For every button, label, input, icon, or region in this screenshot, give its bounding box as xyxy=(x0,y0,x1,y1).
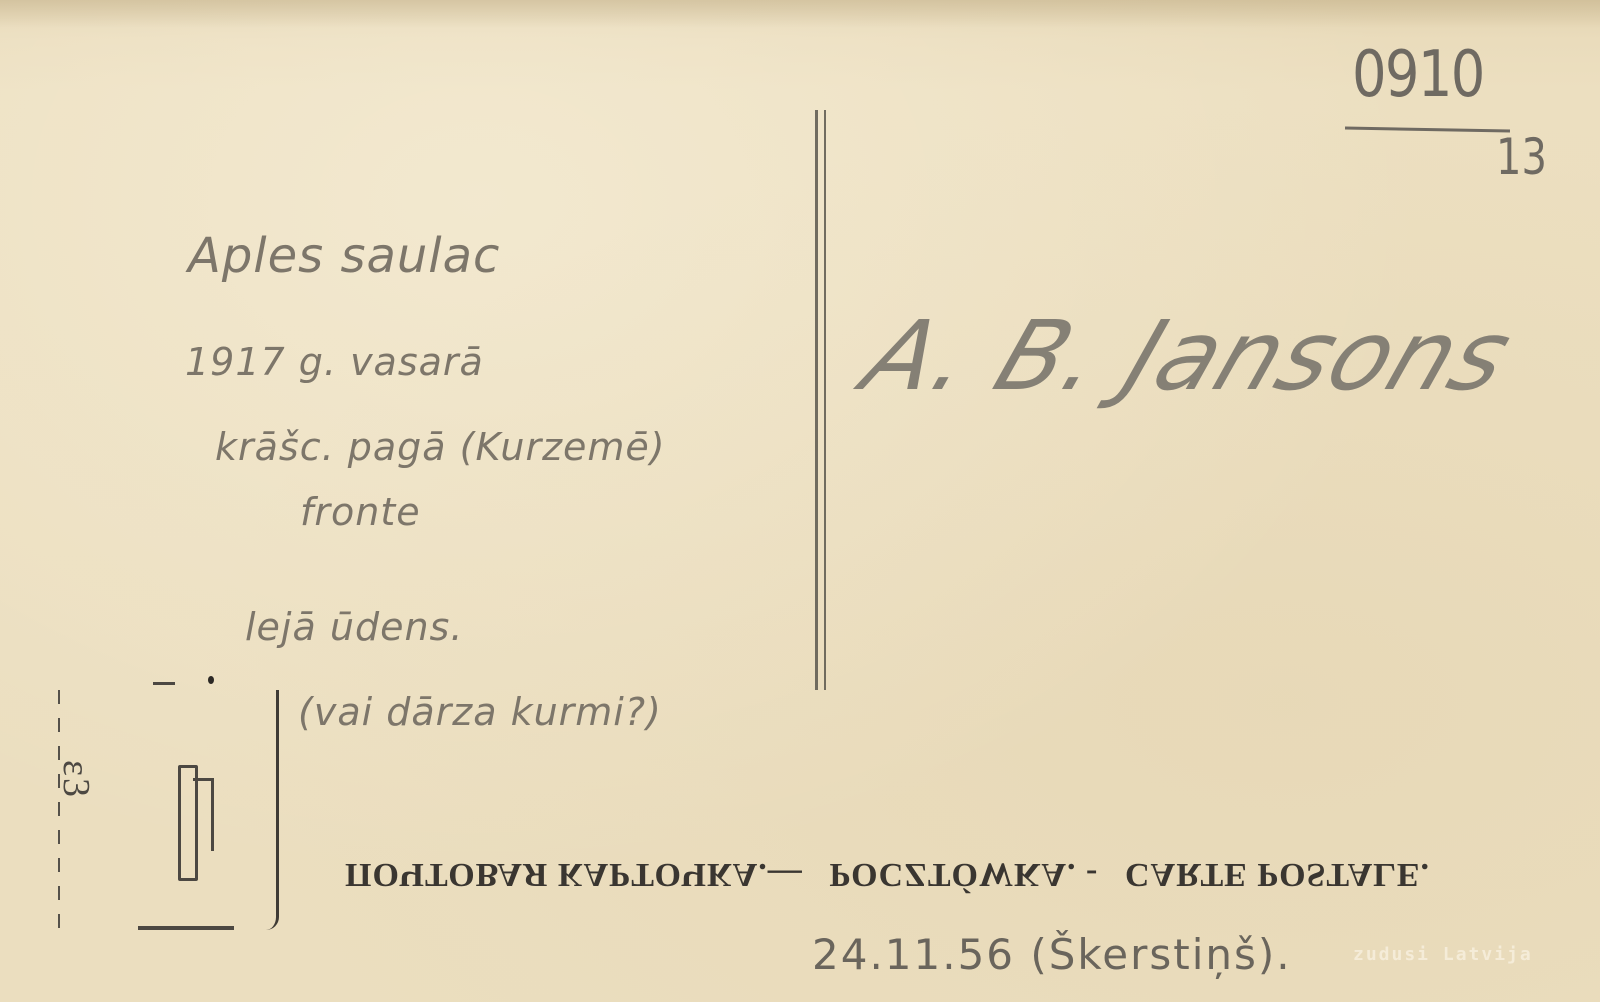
printed-header-polish: POCZTÓWKA. - xyxy=(829,855,1098,893)
stamp-box-dash xyxy=(153,682,175,685)
stamp-box-dot xyxy=(208,676,214,684)
stamp-box-label: ε3 xyxy=(54,760,98,799)
divider-line-right xyxy=(824,110,826,690)
archive-number-rule xyxy=(1345,127,1510,133)
archive-number: 0910 xyxy=(1352,38,1484,112)
worn-top-edge xyxy=(0,0,1600,28)
note-line-4: fronte xyxy=(300,490,421,534)
postcard-reverse: 0910 13 Aples saulac 1917 g. vasarā krāš… xyxy=(0,0,1600,1002)
printed-header-russian: ПОЧТОВАЯ КАРТОЧКА.— xyxy=(345,855,803,893)
stamp-box-left-border xyxy=(58,690,60,930)
note-line-1: Aples saulac xyxy=(188,228,500,284)
note-line-6: (vai dārza kurmi?) xyxy=(298,690,662,734)
printed-header-upside-down: ПОЧТОВАЯ КАРТОЧКА.— POCZTÓWKA. - CARTE P… xyxy=(345,852,1430,896)
stamp-box: ε3 xyxy=(58,670,278,935)
note-line-5: lejā ūdens. xyxy=(245,605,463,649)
bottom-date-note: 24.11.56 (Škerstiņš). xyxy=(812,930,1292,979)
archive-subnumber: 13 xyxy=(1496,128,1547,186)
note-line-3: krāšc. pagā (Kurzemē) xyxy=(215,425,666,469)
stamp-box-bottom-border xyxy=(138,926,234,930)
stamp-box-glyph-hook xyxy=(193,778,214,851)
stamp-box-right-border xyxy=(266,690,279,930)
watermark: zudusi Latvija xyxy=(1353,944,1533,965)
signature: A. B. Jansons xyxy=(850,300,1527,412)
printed-header-french: CARTE POSTALE. xyxy=(1125,855,1430,893)
divider-line-left xyxy=(815,110,818,690)
note-line-2: 1917 g. vasarā xyxy=(185,340,484,384)
